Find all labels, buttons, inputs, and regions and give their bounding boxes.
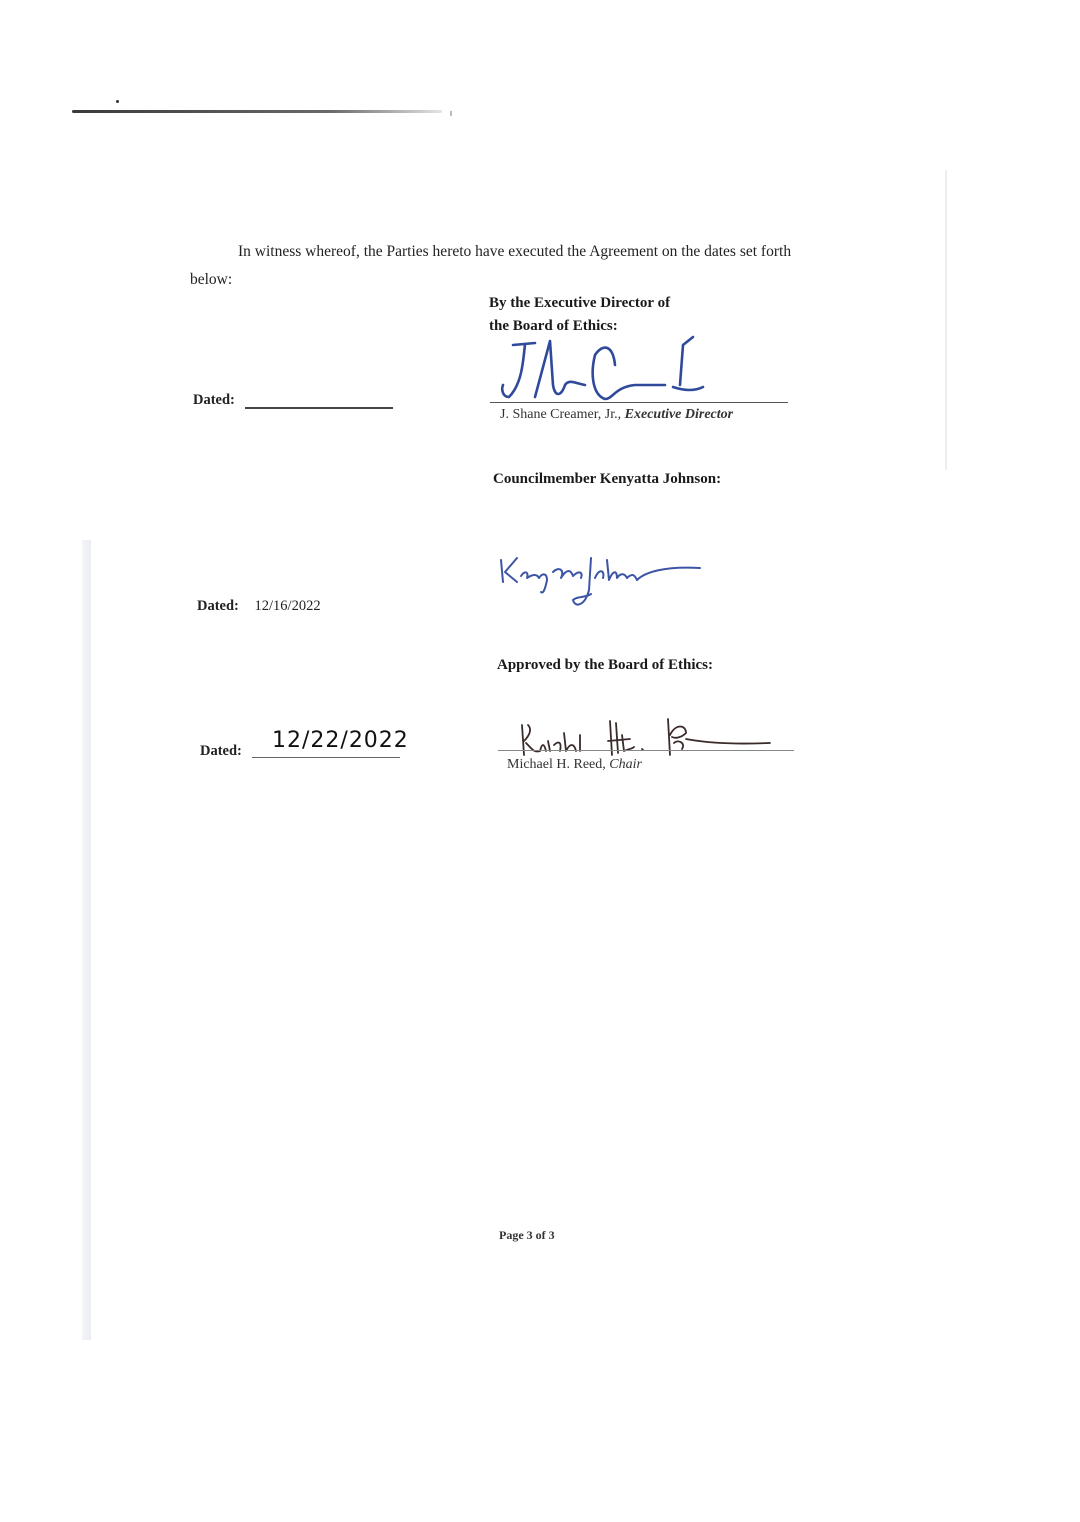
exec-director-name: J. Shane Creamer, Jr., xyxy=(500,407,621,422)
exec-director-signature-line xyxy=(490,402,788,403)
exec-director-heading-line1: By the Executive Director of xyxy=(489,292,670,315)
dated-blank-line-1 xyxy=(245,393,393,409)
scan-edge-right xyxy=(945,170,947,470)
scan-edge-left xyxy=(82,540,91,1340)
intro-paragraph: In witness whereof, the Parties hereto h… xyxy=(190,238,840,294)
dated-field-3: Dated: xyxy=(200,743,242,760)
board-chair-signature-line xyxy=(498,750,794,751)
councilmember-signature xyxy=(495,550,710,612)
dated-label-1: Dated: xyxy=(193,392,235,408)
dated-value-2: 12/16/2022 xyxy=(255,598,321,614)
board-approval-heading: Approved by the Board of Ethics: xyxy=(497,654,713,677)
dated-field-2: Dated: 12/16/2022 xyxy=(197,598,321,615)
dated-line-3 xyxy=(252,757,400,758)
dated-label-3: Dated: xyxy=(200,743,242,759)
intro-line-1: In witness whereof, the Parties hereto h… xyxy=(190,238,840,266)
board-chair-title: Chair xyxy=(609,757,642,772)
scan-artifact-tick xyxy=(450,111,452,116)
top-rule xyxy=(72,110,442,113)
councilmember-heading: Councilmember Kenyatta Johnson: xyxy=(493,468,721,491)
intro-line-2: below: xyxy=(190,266,840,294)
exec-director-title: Executive Director xyxy=(625,407,733,422)
board-chair-caption: Michael H. Reed, Chair xyxy=(507,757,642,773)
dated-label-2: Dated: xyxy=(197,598,239,614)
dated-field-1: Dated: xyxy=(193,392,393,409)
exec-director-caption: J. Shane Creamer, Jr., Executive Directo… xyxy=(500,407,733,423)
board-chair-name: Michael H. Reed, xyxy=(507,757,606,772)
page-number: Page 3 of 3 xyxy=(499,1228,555,1243)
dated-handwritten-value-3: 12/22/2022 xyxy=(272,728,409,753)
scan-artifact-dot xyxy=(116,100,119,103)
exec-director-heading: By the Executive Director of the Board o… xyxy=(489,292,670,338)
exec-director-signature xyxy=(495,335,715,405)
board-chair-signature xyxy=(518,715,778,760)
